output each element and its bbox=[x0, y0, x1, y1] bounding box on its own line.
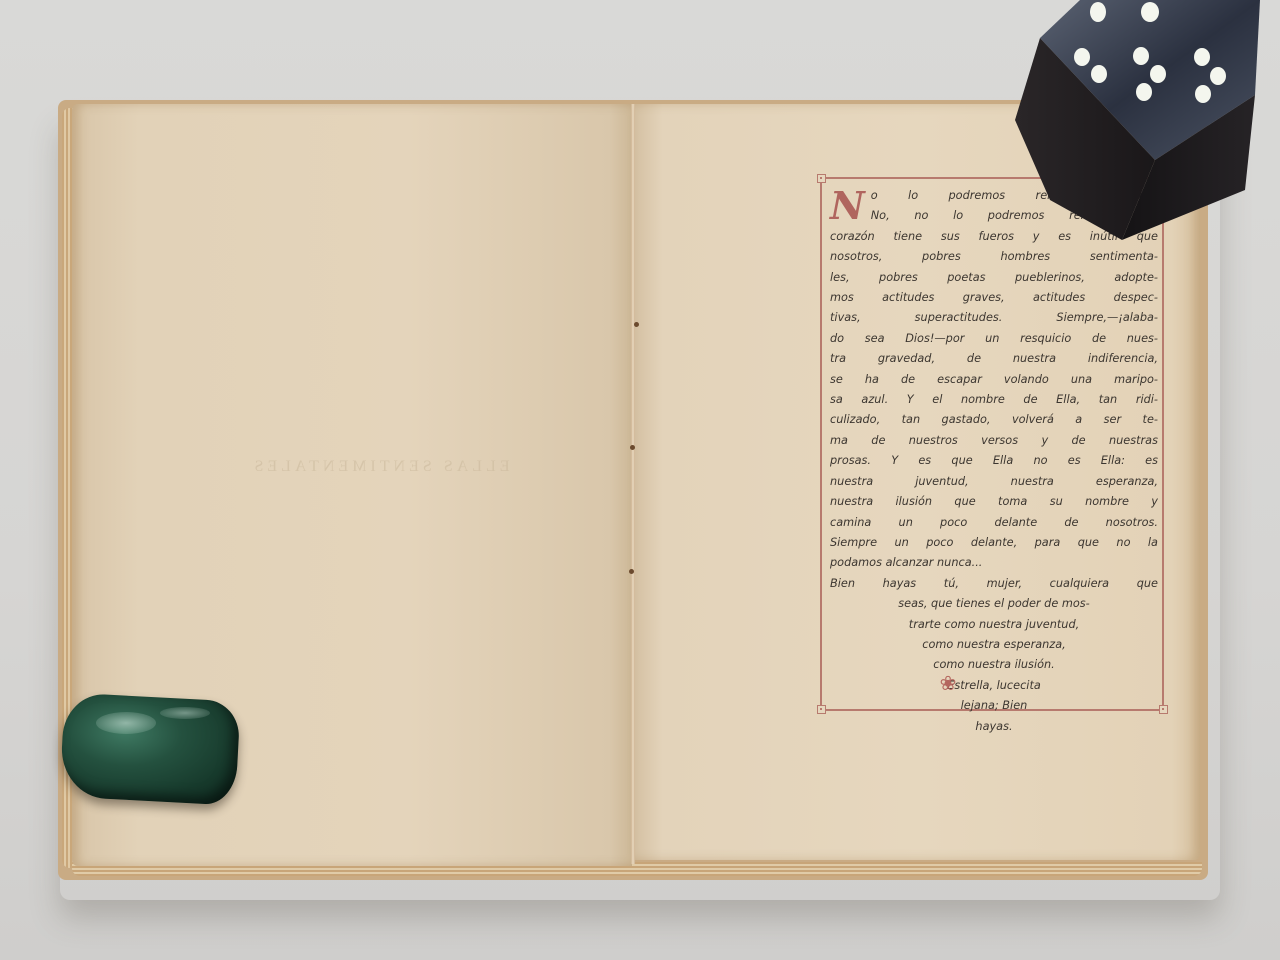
text-line: tivas, superactitudes. Siempre,—¡alaba- bbox=[830, 308, 1158, 328]
text-line: como nuestra esperanza, bbox=[830, 635, 1158, 655]
frame-corner-ornament bbox=[1159, 705, 1168, 714]
text-line: seas, que tienes el poder de mos- bbox=[830, 594, 1158, 614]
stone-highlight bbox=[96, 712, 156, 734]
binding-stitch bbox=[634, 322, 639, 327]
showthrough-text: ELLAS SENTIMENTALES bbox=[210, 458, 550, 478]
text-line: hayas. bbox=[830, 717, 1158, 737]
text-line: se ha de escapar volando una maripo- bbox=[830, 370, 1158, 390]
text-line: nuestra ilusión que toma su nombre y bbox=[830, 492, 1158, 512]
frame-corner-ornament bbox=[817, 705, 826, 714]
stone-highlight bbox=[160, 707, 210, 719]
text-line: como nuestra ilusión. bbox=[830, 655, 1158, 675]
text-line: do sea Dios!—por un resquicio de nues- bbox=[830, 329, 1158, 349]
text-line: sa azul. Y el nombre de Ella, tan ridi- bbox=[830, 390, 1158, 410]
text-line: lejana; Bien bbox=[830, 696, 1158, 716]
green-stone-paperweight bbox=[59, 692, 240, 805]
metal-cube-paperweight bbox=[1010, 0, 1260, 250]
text-line: Bien hayas tú, mujer, cualquiera que bbox=[830, 574, 1158, 594]
text-line: Siempre un poco delante, para que no la bbox=[830, 533, 1158, 553]
text-line: mos actitudes graves, actitudes despec- bbox=[830, 288, 1158, 308]
text-line: ma de nuestros versos y de nuestras bbox=[830, 431, 1158, 451]
text-line: camina un poco delante de nosotros. bbox=[830, 513, 1158, 533]
text-line: nosotros, pobres hombres sentimenta- bbox=[830, 247, 1158, 267]
prose-passage: N o lo podremos remediar nunca? No, no l… bbox=[830, 186, 1158, 737]
dropcap-letter: N bbox=[830, 188, 865, 224]
text-line: Estrella, lucecita bbox=[830, 676, 1158, 696]
text-line: trarte como nuestra juventud, bbox=[830, 615, 1158, 635]
binding-stitch bbox=[629, 569, 634, 574]
book-gutter bbox=[631, 104, 635, 864]
text-line: les, pobres poetas pueblerinos, adopte- bbox=[830, 268, 1158, 288]
text-line: culizado, tan gastado, volverá a ser te- bbox=[830, 410, 1158, 430]
text-line: podamos alcanzar nunca... bbox=[830, 553, 1158, 573]
binding-stitch bbox=[630, 445, 635, 450]
frame-corner-ornament bbox=[817, 174, 826, 183]
text-line: prosas. Y es que Ella no es Ella: es bbox=[830, 451, 1158, 471]
text-line: nuestra juventud, nuestra esperanza, bbox=[830, 472, 1158, 492]
text-line: tra gravedad, de nuestra indiferencia, bbox=[830, 349, 1158, 369]
flower-ornament-icon: ❀ bbox=[936, 674, 960, 694]
